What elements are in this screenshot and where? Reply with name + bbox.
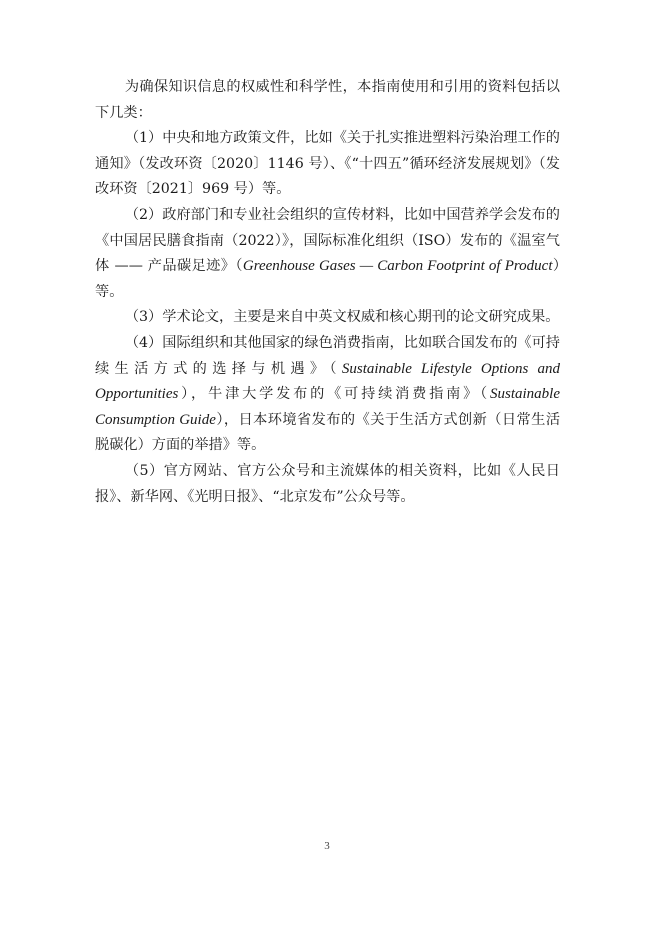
source-item-3: （3）学术论文，主要是来自中英文权威和核心期刊的论文研究成果。 [95, 305, 560, 331]
item-english-title: Greenhouse Gases — Carbon Footprint of P… [243, 258, 553, 274]
source-item-1: （1）中央和地方政策文件，比如《关于扎实推进塑料污染治理工作的通知》（发改环资〔… [95, 126, 560, 203]
document-body: 为确保知识信息的权威性和科学性，本指南使用和引用的资料包括以下几类： （1）中央… [95, 75, 560, 510]
source-item-4: （4）国际组织和其他国家的绿色消费指南，比如联合国发布的《可持续生活方式的选择与… [95, 331, 560, 459]
item-text: （5）官方网站、官方公众号和主流媒体的相关资料，比如《人民日报》、新华网、《光明… [95, 463, 560, 505]
item-text: ），牛津大学发布的《可持续消费指南》（ [178, 386, 490, 402]
item-text: （1）中央和地方政策文件，比如《关于扎实推进塑料污染治理工作的通知》（发改环资〔… [95, 130, 560, 197]
source-item-5: （5）官方网站、官方公众号和主流媒体的相关资料，比如《人民日报》、新华网、《光明… [95, 459, 560, 510]
item-text: （3）学术论文，主要是来自中英文权威和核心期刊的论文研究成果。 [125, 309, 560, 325]
intro-paragraph: 为确保知识信息的权威性和科学性，本指南使用和引用的资料包括以下几类： [95, 75, 560, 126]
source-item-2: （2）政府部门和专业社会组织的宣传材料，比如中国营养学会发布的《中国居民膳食指南… [95, 203, 560, 305]
page-number: 3 [0, 840, 654, 852]
